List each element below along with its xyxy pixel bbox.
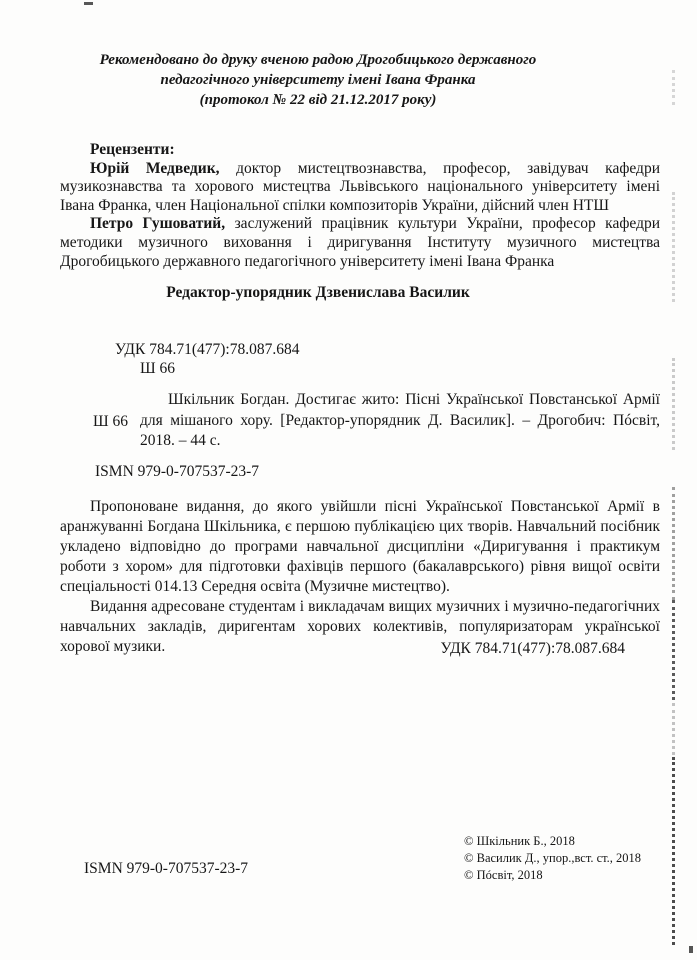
editor-compiler-line: Редактор-упорядник Дзвенислава Василик <box>58 284 578 302</box>
reviewer-name: Петро Гушоватий, <box>90 215 225 232</box>
catalog-entry-text: Шкільник Богдан. Достигає жито: Пісні Ук… <box>140 390 660 452</box>
reviewer-paragraph: Петро Гушоватий, заслужений працівник ку… <box>60 215 660 271</box>
perforation-dots <box>672 358 675 450</box>
annotation-paragraph: Пропоноване видання, до якого увійшли пі… <box>60 497 660 597</box>
perforation-dots <box>672 703 675 755</box>
catalog-card: Ш 66 Шкільник Богдан. Достигає жито: Піс… <box>60 390 660 452</box>
copyright-block: © Шкільник Б., 2018 © Василик Д., упор.,… <box>464 833 641 884</box>
reviewers-section: Рецензенти: Юрій Медведик, доктор мистец… <box>60 141 660 271</box>
udc-number-bottom: УДК 784.71(477):78.087.684 <box>60 640 625 658</box>
udc-block: УДК 784.71(477):78.087.684 Ш 66 <box>115 340 299 378</box>
reviewer-name: Юрій Медведик, <box>90 160 220 177</box>
shelf-code: Ш 66 <box>140 359 299 378</box>
scan-smudge-artifact <box>84 2 93 5</box>
annotation-section: Пропоноване видання, до якого увійшли пі… <box>60 497 660 657</box>
copyright-line: © Василик Д., упор.,вст. ст., 2018 <box>464 850 641 867</box>
copyright-line: © Шкільник Б., 2018 <box>464 833 641 850</box>
ismn-number-bottom: ISMN 979-0-707537-23-7 <box>84 860 248 878</box>
scan-speck-artifact <box>689 946 693 953</box>
perforation-dots <box>672 487 675 600</box>
perforation-dots <box>672 757 675 945</box>
catalog-entry-code: Ш 66 <box>93 412 128 433</box>
approval-line: педагогічного університету імені Івана Ф… <box>58 70 578 90</box>
reviewer-paragraph: Юрій Медведик, доктор мистецтвознавства,… <box>60 160 660 216</box>
udc-number: УДК 784.71(477):78.087.684 <box>115 341 299 358</box>
perforation-dots <box>672 600 675 700</box>
copyright-line: © Пóсвіт, 2018 <box>464 867 641 884</box>
reviewers-heading: Рецензенти: <box>60 141 660 160</box>
approval-line: (протокол № 22 від 21.12.2017 року) <box>58 90 578 110</box>
perforation-dots <box>672 70 675 105</box>
book-imprint-page: Рекомендовано до друку вченою радою Дрог… <box>0 0 697 960</box>
perforation-dots <box>672 192 675 302</box>
approval-note: Рекомендовано до друку вченою радою Дрог… <box>58 50 578 110</box>
ismn-number-top: ISMN 979-0-707537-23-7 <box>95 463 259 481</box>
approval-line: Рекомендовано до друку вченою радою Дрог… <box>58 50 578 70</box>
